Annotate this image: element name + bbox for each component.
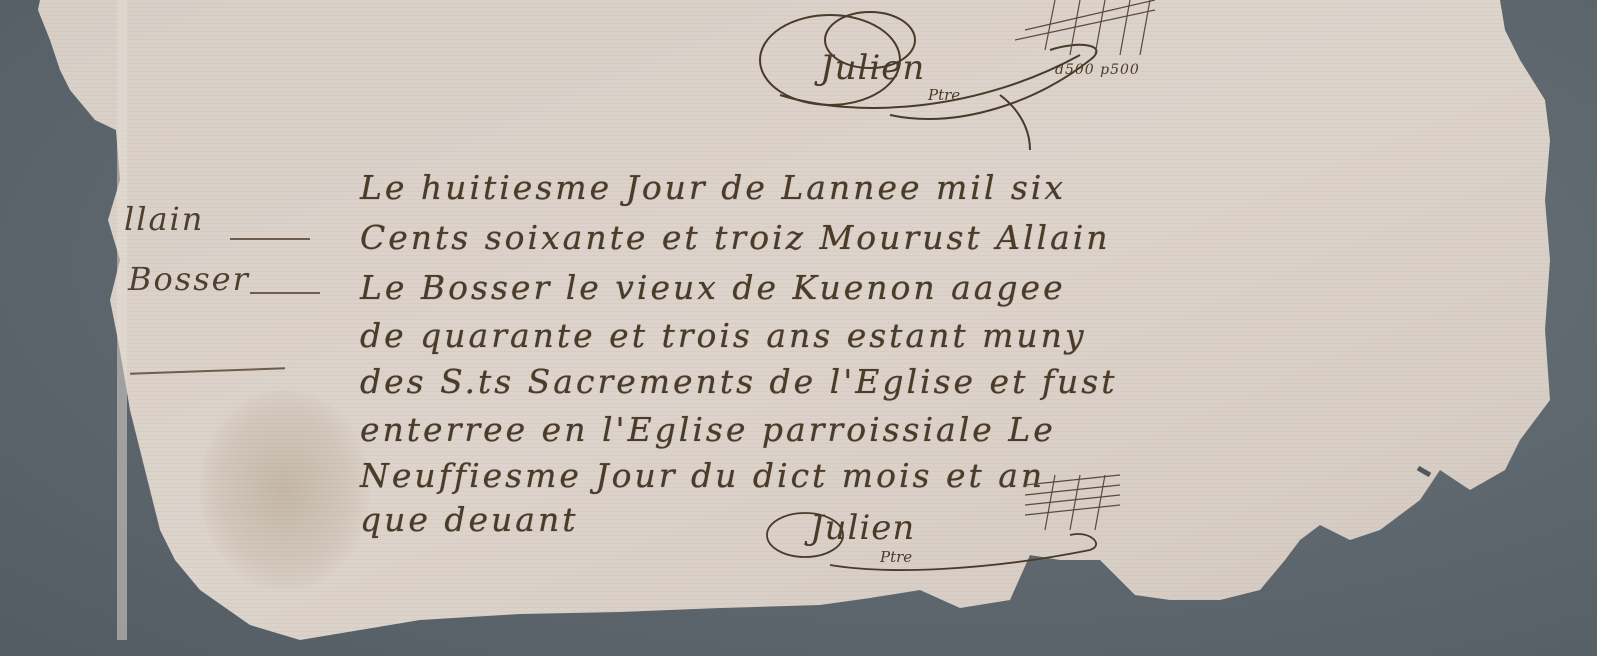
margin-name-line-2: Bosser (128, 260, 250, 298)
body-line-3: Le Bosser le vieux de Kuenon aagee (360, 268, 1066, 307)
signature-title: Ptre (880, 548, 912, 566)
body-line-4: de quarante et trois ans estant muny (360, 316, 1087, 355)
body-line-6: enterree en l'Eglise parroissiale Le (360, 410, 1056, 449)
signature-name: Julien (820, 48, 925, 88)
signature-title: Ptre (928, 86, 960, 104)
margin-underline-1 (230, 238, 310, 240)
body-line-8: que deuant (360, 500, 579, 539)
water-stain (200, 390, 370, 590)
signature-hatching-icon (1015, 0, 1165, 60)
body-line-5: des S.ts Sacrements de l'Eglise et fust (360, 362, 1118, 401)
signature-hatching-icon (1025, 470, 1125, 540)
margin-name-line-1: llain (124, 200, 204, 238)
body-line-1: Le huitiesme Jour de Lannee mil six (360, 168, 1066, 207)
body-line-2: Cents soixante et troiz Mourust Allain (360, 218, 1111, 257)
manuscript-page: Julien Ptre d500 p500 llain Bosser Le hu… (0, 0, 1597, 656)
signature-mark: d500 p500 (1055, 62, 1140, 78)
signature-name: Julien (810, 508, 915, 548)
margin-underline-2 (250, 292, 320, 294)
